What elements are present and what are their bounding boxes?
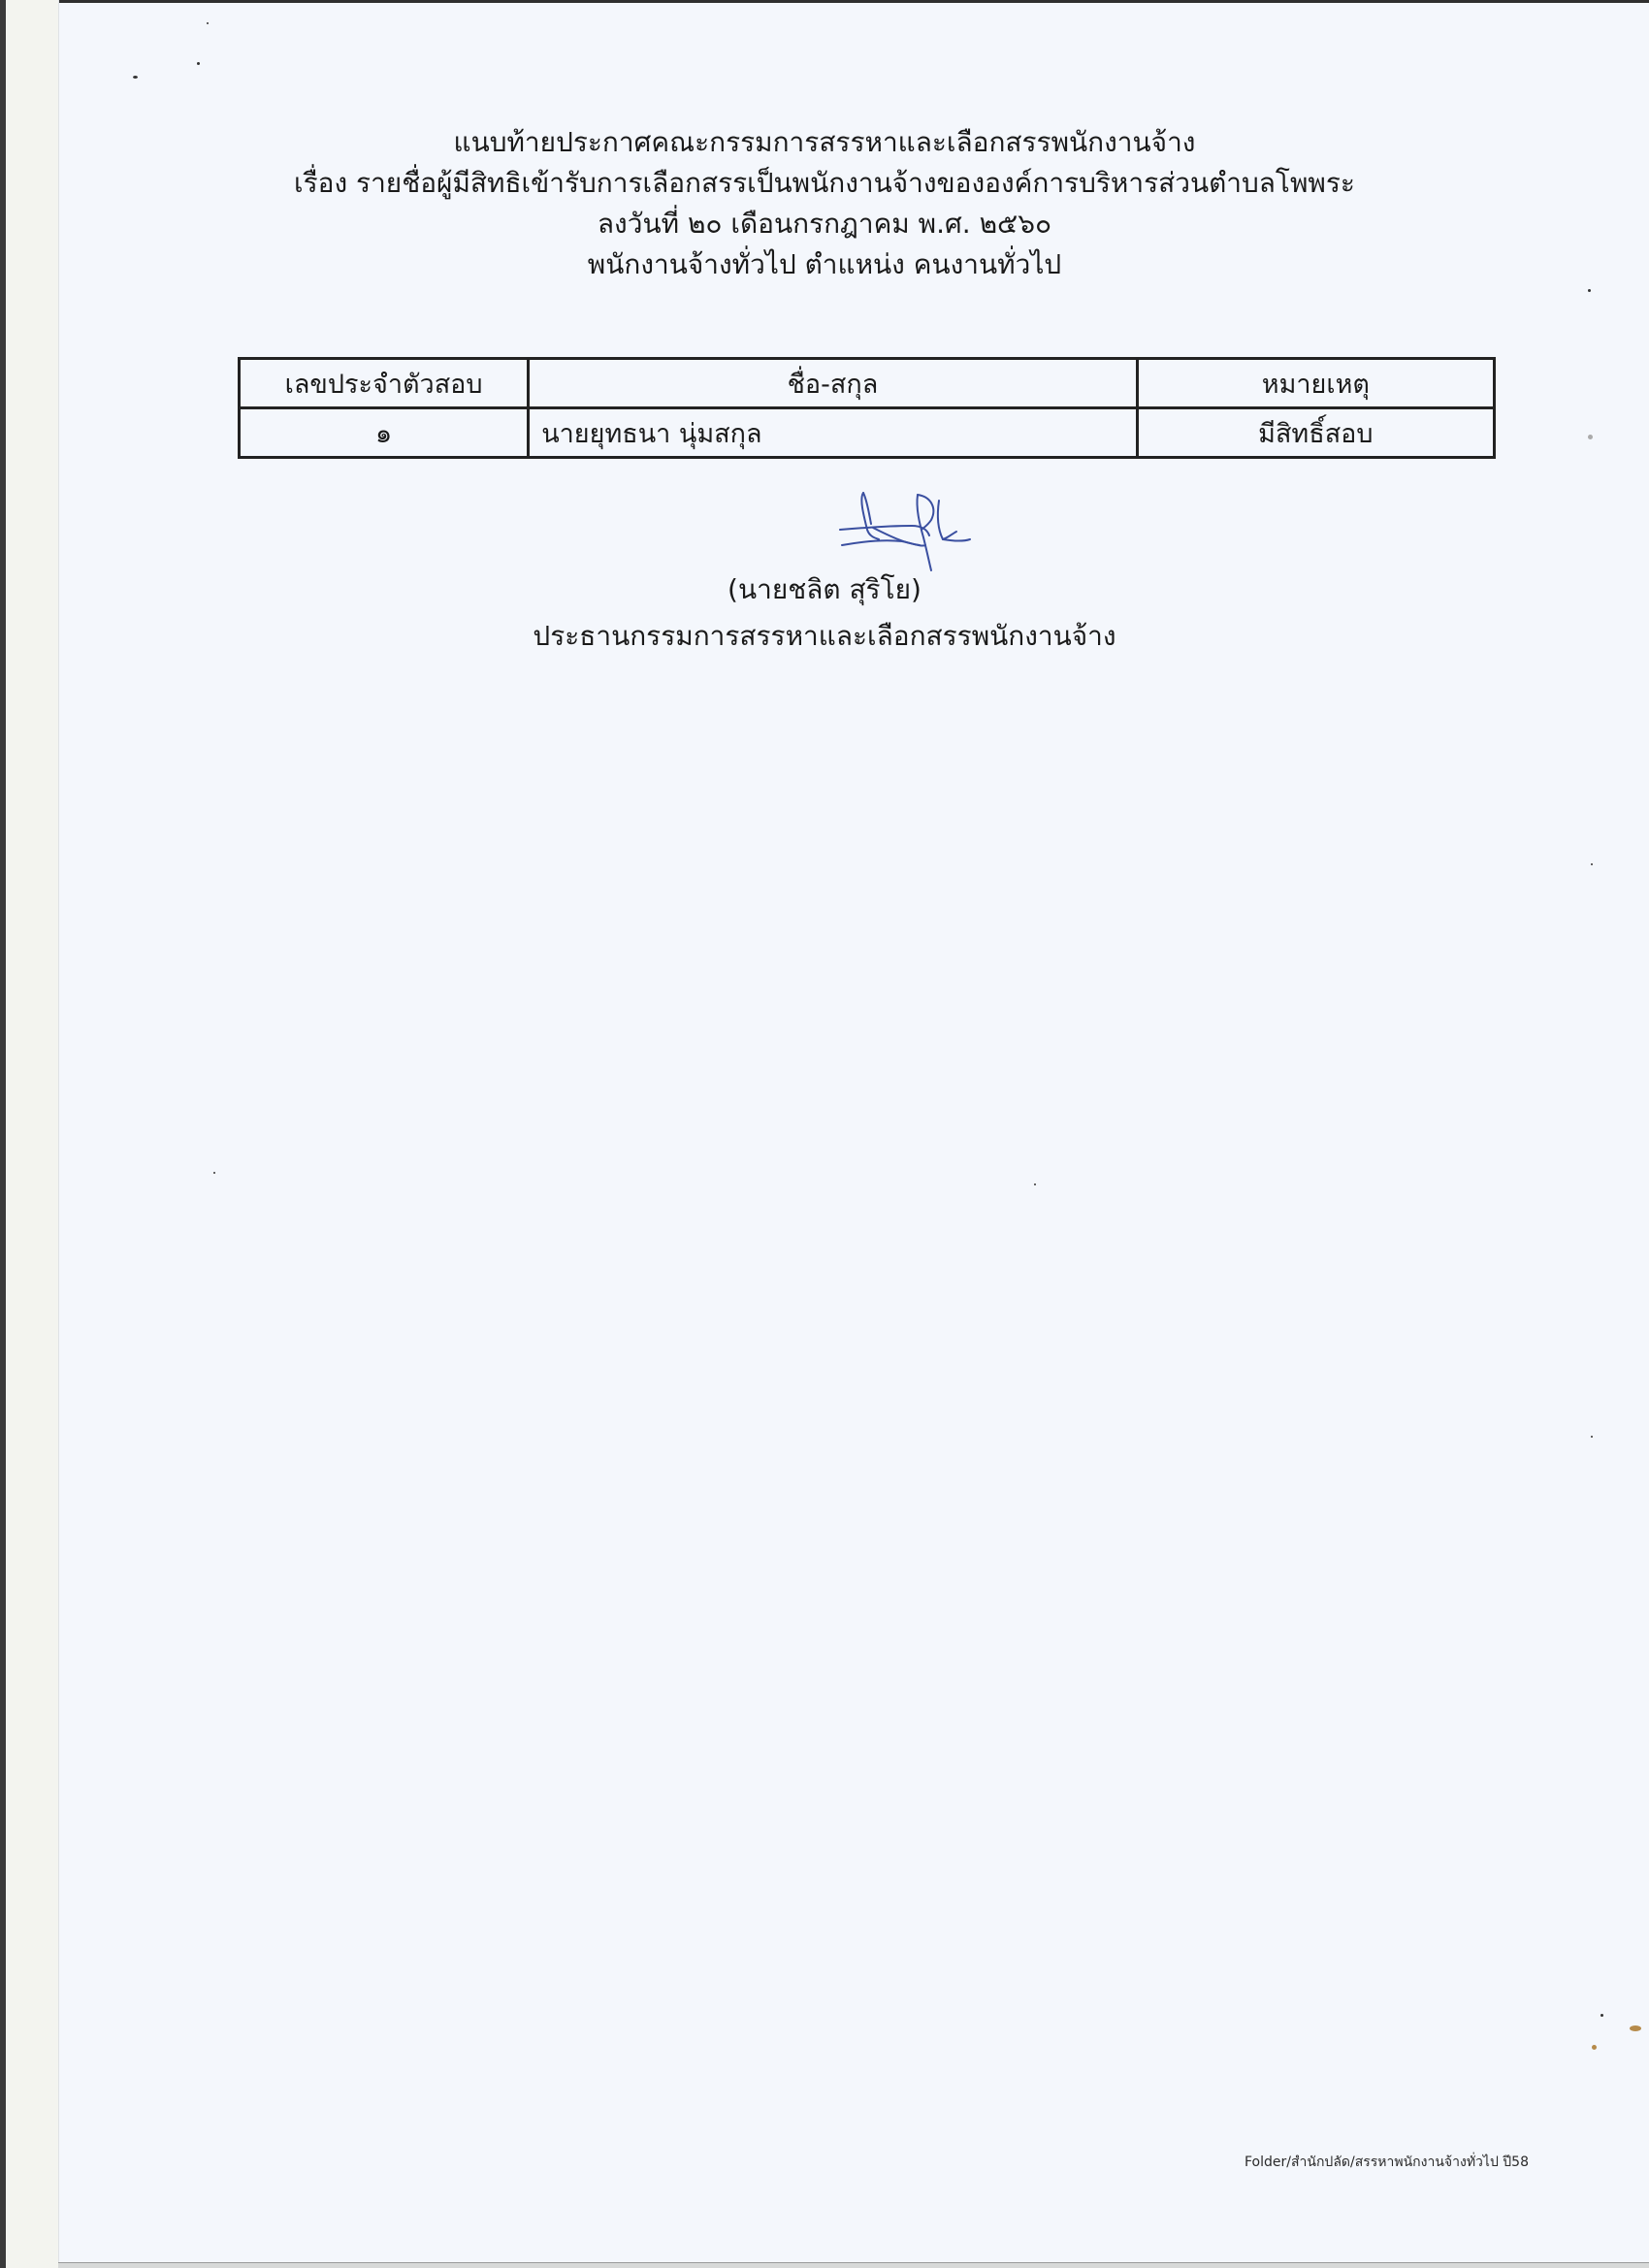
scan-speck <box>1034 1183 1036 1185</box>
scan-speck <box>1600 2014 1603 2017</box>
scan-speck <box>1592 2045 1597 2050</box>
scan-speck <box>207 22 209 24</box>
scan-speck <box>1591 863 1593 865</box>
cell-exam-id: ๑ <box>240 408 529 458</box>
header-subject-line: เรื่อง รายชื่อผู้มีสิทธิเข้ารับการเลือกส… <box>0 163 1649 204</box>
scan-bottom-edge <box>58 2262 1649 2268</box>
scan-speck <box>1591 1436 1593 1438</box>
header-position-line: พนักงานจ้างทั่วไป ตำแหน่ง คนงานทั่วไป <box>0 244 1649 285</box>
paper-page <box>59 3 1649 2262</box>
table-header-row: เลขประจำตัวสอบ ชื่อ-สกุล หมายเหตุ <box>240 359 1495 408</box>
cell-remark: มีสิทธิ์สอบ <box>1137 408 1494 458</box>
column-header-remark: หมายเหตุ <box>1137 359 1494 408</box>
header-date-line: ลงวันที่ ๒๐ เดือนกรกฎาคม พ.ศ. ๒๕๖๐ <box>0 204 1649 244</box>
signer-title: ประธานกรรมการสรรหาและเลือกสรรพนักงานจ้าง <box>0 617 1649 656</box>
cell-name: นายยุทธนา นุ่มสกุล <box>529 408 1138 458</box>
scan-speck <box>197 62 200 65</box>
document-header: แนบท้ายประกาศคณะกรรมการสรรหาและเลือกสรรพ… <box>0 122 1649 285</box>
scan-speck <box>1588 289 1591 292</box>
table-row: ๑ นายยุทธนา นุ่มสกุล มีสิทธิ์สอบ <box>240 408 1495 458</box>
scan-speck <box>1630 2025 1641 2031</box>
header-attachment-line: แนบท้ายประกาศคณะกรรมการสรรหาและเลือกสรรพ… <box>0 122 1649 163</box>
footer-file-path: Folder/สำนักปลัด/สรรหาพนักงานจ้างทั่วไป … <box>1245 2152 1529 2173</box>
scan-speck <box>1588 435 1593 439</box>
signer-name: (นายชลิต สุริโย) <box>0 570 1649 609</box>
scan-left-margin-band <box>6 0 59 2268</box>
column-header-exam-id: เลขประจำตัวสอบ <box>240 359 529 408</box>
column-header-name: ชื่อ-สกุล <box>529 359 1138 408</box>
candidate-table: เลขประจำตัวสอบ ชื่อ-สกุล หมายเหตุ ๑ นายย… <box>238 357 1496 459</box>
scan-speck <box>213 1172 215 1174</box>
scan-speck <box>133 76 138 79</box>
handwritten-signature <box>834 485 980 572</box>
